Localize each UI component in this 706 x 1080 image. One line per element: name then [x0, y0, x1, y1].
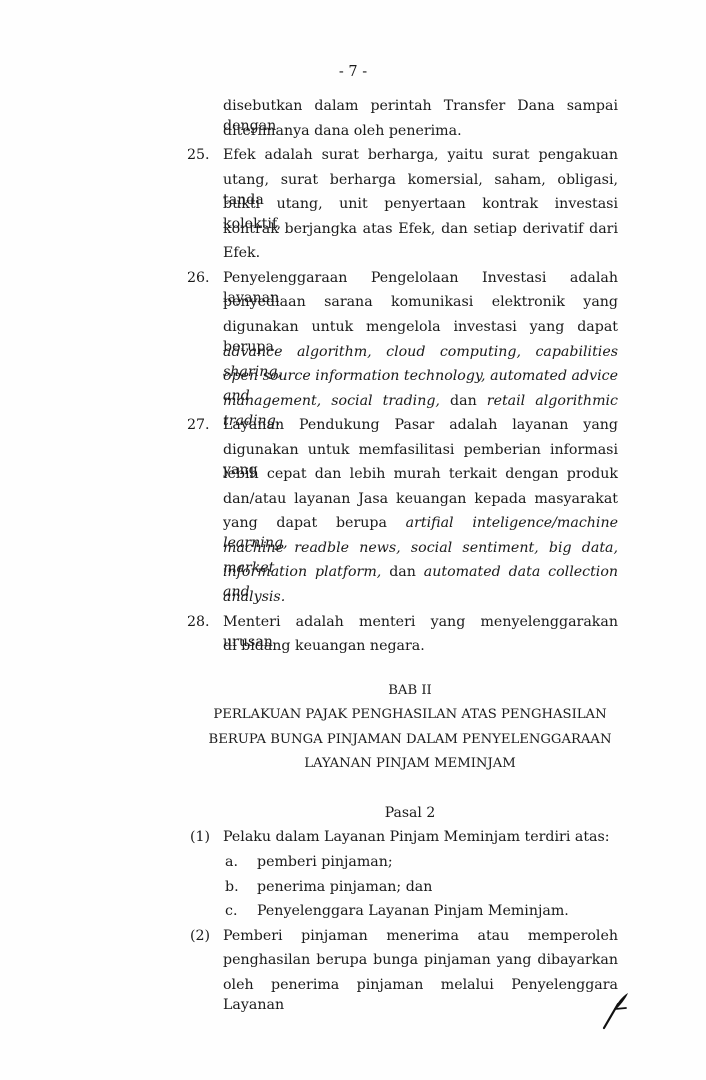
article-label: Pasal 2 — [180, 803, 640, 823]
subitem-letter: a. — [225, 852, 238, 872]
text-run: dan/atau layanan Jasa keuangan kepada ma… — [223, 491, 618, 507]
text-run: Efek adalah surat berharga, yaitu surat … — [223, 147, 618, 163]
page-number: - 7 - — [0, 64, 706, 80]
text-run: Layanan Pendukung Pasar adalah layanan y… — [223, 417, 618, 433]
text-run: penerima pinjaman; dan — [257, 879, 432, 895]
definition-line: di bidang keuangan negara. — [223, 636, 618, 656]
subitem-letter: c. — [225, 901, 237, 921]
text-run: Efek. — [223, 245, 260, 261]
chapter-title-line: BERUPA BUNGA PINJAMAN DALAM PENYELENGGAR… — [180, 730, 640, 750]
italic-term: management, social trading, — [223, 393, 440, 409]
definition-line: Efek adalah surat berharga, yaitu surat … — [223, 145, 618, 165]
definition-line: dan/atau layanan Jasa keuangan kepada ma… — [223, 489, 618, 509]
definition-line: penyediaan sarana komunikasi elektronik … — [223, 292, 618, 312]
definition-number: 25. — [187, 145, 210, 165]
continuation-line: diterimanya dana oleh penerima. — [223, 121, 618, 141]
definition-number: 28. — [187, 612, 210, 632]
text-run: kontrak berjangka atas Efek, dan setiap … — [223, 221, 618, 237]
text-run: dan — [440, 393, 487, 409]
definition-number: 26. — [187, 268, 210, 288]
text-run: pemberi pinjaman; — [257, 854, 393, 870]
italic-term: analysis. — [223, 589, 285, 605]
paragraph-number: (2) — [190, 926, 210, 946]
definition-line: analysis. — [223, 587, 618, 607]
text-run: dan — [381, 564, 423, 580]
text-run: yang dapat berupa — [223, 515, 406, 531]
text-run: diterimanya dana oleh penerima. — [223, 123, 462, 139]
subitem-letter: b. — [225, 877, 239, 897]
italic-term: information platform, — [223, 564, 381, 580]
document-page: - 7 - disebutkan dalam perintah Transfer… — [0, 0, 706, 1080]
text-run: Pelaku dalam Layanan Pinjam Meminjam ter… — [223, 829, 610, 845]
text-run: di bidang keuangan negara. — [223, 638, 425, 654]
definition-line: Efek. — [223, 243, 618, 263]
text-run: Pemberi pinjaman menerima atau memperole… — [223, 928, 618, 944]
paragraph-number: (1) — [190, 827, 210, 847]
chapter-title-line: LAYANAN PINJAM MEMINJAM — [180, 754, 640, 774]
paragraph-line: penghasilan berupa bunga pinjaman yang d… — [223, 950, 618, 970]
initial-signature-icon — [598, 990, 638, 1030]
definition-number: 27. — [187, 415, 210, 435]
text-run: lebih cepat dan lebih murah terkait deng… — [223, 466, 618, 482]
paragraph-line: Pelaku dalam Layanan Pinjam Meminjam ter… — [223, 827, 618, 847]
definition-line: kontrak berjangka atas Efek, dan setiap … — [223, 219, 618, 239]
definition-line: Layanan Pendukung Pasar adalah layanan y… — [223, 415, 618, 435]
subitem-text: Penyelenggara Layanan Pinjam Meminjam. — [257, 901, 618, 921]
text-run: oleh penerima pinjaman melalui Penyeleng… — [223, 977, 618, 1013]
chapter-title-line: PERLAKUAN PAJAK PENGHASILAN ATAS PENGHAS… — [180, 705, 640, 725]
paragraph-line: Pemberi pinjaman menerima atau memperole… — [223, 926, 618, 946]
chapter-label: BAB II — [180, 681, 640, 701]
subitem-text: penerima pinjaman; dan — [257, 877, 618, 897]
text-run: penghasilan berupa bunga pinjaman yang d… — [223, 952, 618, 968]
subitem-text: pemberi pinjaman; — [257, 852, 618, 872]
text-run: penyediaan sarana komunikasi elektronik … — [223, 294, 618, 310]
definition-line: lebih cepat dan lebih murah terkait deng… — [223, 464, 618, 484]
paragraph-line: oleh penerima pinjaman melalui Penyeleng… — [223, 975, 618, 1015]
text-run: Penyelenggara Layanan Pinjam Meminjam. — [257, 903, 569, 919]
